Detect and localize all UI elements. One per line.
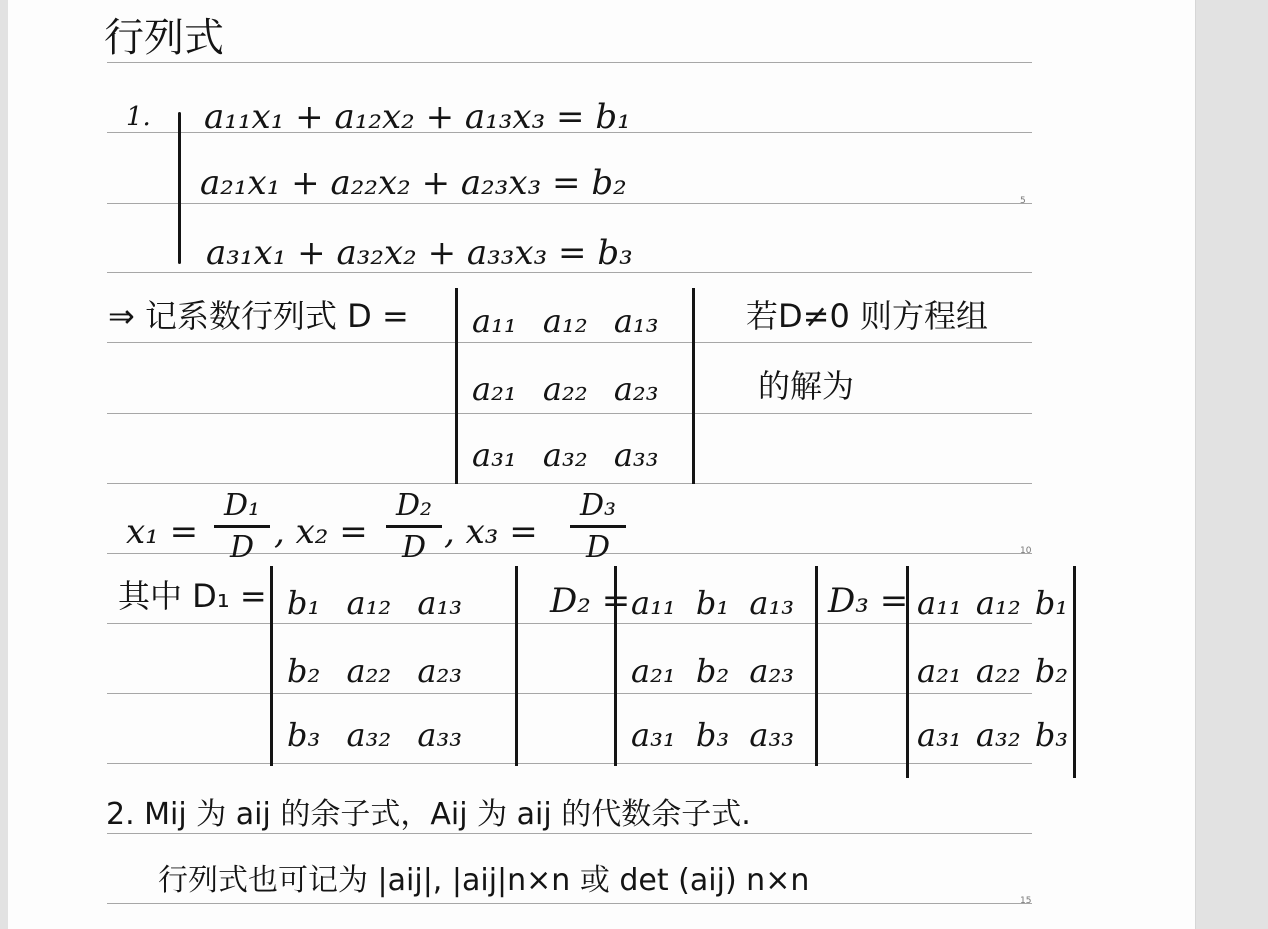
section-number: 1. bbox=[126, 104, 151, 130]
det-row: a₂₁ a₂₂ b₂ bbox=[917, 652, 1068, 690]
condition-text-cont: 的解为 bbox=[758, 370, 854, 402]
ruled-line bbox=[107, 62, 1032, 63]
determinant-D: a₁₁ a₁₂ a₁₃ a₂₁ a₂₂ a₂₃ a₃₁ a₃₂ a₃₃ bbox=[455, 288, 695, 484]
ruled-line bbox=[107, 623, 1032, 624]
line-number: 5 bbox=[1020, 196, 1026, 206]
section-2-line-2: 行列式也可记为 |aij|, |aij|n×n 或 det (aij) n×n bbox=[158, 866, 809, 896]
section-2-line-1: 2. Mij 为 aij 的余子式，Aij 为 aij 的代数余子式. bbox=[106, 800, 751, 830]
equation-1: a₁₁x₁ + a₁₂x₂ + a₁₃x₃ = b₁ bbox=[204, 100, 631, 134]
det-row: a₂₁ a₂₂ a₂₃ bbox=[472, 370, 659, 408]
document-viewer: 5 10 15 行列式 1. a₁₁x₁ + a₁₂x₂ + a₁₃x₃ = b… bbox=[0, 0, 1268, 929]
equation-2: a₂₁x₁ + a₂₂x₂ + a₂₃x₃ = b₂ bbox=[200, 166, 627, 200]
line-number: 15 bbox=[1020, 896, 1031, 906]
where-label: 其中 D₁ = bbox=[118, 580, 267, 612]
det-row: a₃₁ a₃₂ b₃ bbox=[917, 716, 1068, 754]
D3-label: D₃ = bbox=[828, 584, 908, 618]
ruled-line bbox=[107, 203, 1032, 204]
det-row: a₁₁ a₁₂ b₁ bbox=[917, 584, 1068, 622]
coefficient-determinant-label: ⇒ 记系数行列式 D = bbox=[108, 300, 409, 332]
det-row: a₃₁ b₃ a₃₃ bbox=[631, 716, 794, 754]
det-row: a₁₁ a₁₂ a₁₃ bbox=[472, 302, 659, 340]
notebook-page: 5 10 15 行列式 1. a₁₁x₁ + a₁₂x₂ + a₁₃x₃ = b… bbox=[8, 0, 1196, 929]
det-row: a₂₁ b₂ a₂₃ bbox=[631, 652, 794, 690]
ruled-line bbox=[107, 833, 1032, 834]
det-row: b₃ a₃₂ a₃₃ bbox=[287, 716, 462, 754]
ruled-line bbox=[107, 763, 1032, 764]
system-brace bbox=[178, 112, 181, 264]
determinant-D2: a₁₁ b₁ a₁₃ a₂₁ b₂ a₂₃ a₃₁ b₃ a₃₃ bbox=[614, 566, 818, 766]
fraction-x1: D₁ D bbox=[214, 488, 270, 565]
x3-label: , x₃ = bbox=[444, 515, 538, 549]
ruled-line bbox=[107, 693, 1032, 694]
determinant-D3: a₁₁ a₁₂ b₁ a₂₁ a₂₂ b₂ a₃₁ a₃₂ b₃ bbox=[906, 566, 1076, 778]
equation-3: a₃₁x₁ + a₃₂x₂ + a₃₃x₃ = b₃ bbox=[206, 236, 633, 270]
det-row: a₃₁ a₃₂ a₃₃ bbox=[472, 436, 659, 474]
det-row: a₁₁ b₁ a₁₃ bbox=[631, 584, 794, 622]
det-row: b₂ a₂₂ a₂₃ bbox=[287, 652, 462, 690]
line-number: 10 bbox=[1020, 546, 1031, 556]
det-row: b₁ a₁₂ a₁₃ bbox=[287, 584, 462, 622]
ruled-line bbox=[107, 903, 1032, 904]
determinant-D1: b₁ a₁₂ a₁₃ b₂ a₂₂ a₂₃ b₃ a₃₂ a₃₃ bbox=[270, 566, 518, 766]
condition-text: 若D≠0 则方程组 bbox=[746, 300, 988, 332]
fraction-x2: D₂ D bbox=[386, 488, 442, 565]
x1-label: x₁ = bbox=[126, 515, 198, 549]
page-title: 行列式 bbox=[104, 18, 224, 58]
fraction-x3: D₃ D bbox=[570, 488, 626, 565]
x2-label: , x₂ = bbox=[274, 515, 368, 549]
